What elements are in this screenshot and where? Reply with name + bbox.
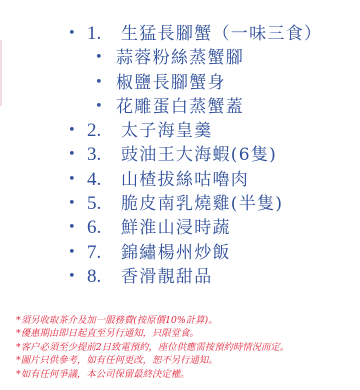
menu-item-6: • 6. 鮮淮山浸時蔬: [0, 216, 360, 240]
menu-item-number: 1.: [87, 22, 101, 46]
bullet-icon: •: [68, 143, 76, 167]
menu-item-number: 6.: [87, 216, 101, 240]
menu-item-8: • 8. 香滑靚甜品: [0, 265, 360, 289]
menu-sub-item-1: • 蒜蓉粉絲蒸蟹腳: [0, 46, 360, 70]
menu-item-number: 4.: [87, 168, 101, 192]
bullet-icon: •: [95, 46, 103, 70]
menu-item-2: • 2. 太子海皇羹: [0, 119, 360, 143]
menu-item-7: • 7. 錦繡楊州炒飯: [0, 241, 360, 265]
menu-item-number: 5.: [87, 192, 101, 216]
menu-sub-item-name: 椒鹽長腳蟹身: [116, 71, 226, 95]
menu-item-name: 太子海皇羹: [121, 119, 213, 143]
note-image-reference: *圖片只供參考，如有任何更改，恕不另行通知。: [16, 354, 289, 367]
menu-item-name: 脆皮南乳燒雞(半隻): [121, 192, 283, 216]
bullet-icon: •: [68, 22, 76, 46]
menu-sub-item-name: 花雕蛋白蒸蟹蓋: [116, 95, 244, 119]
note-reservation: *客户必須至少提前2日致電預約，座位供應需按預約時情況而定。: [16, 341, 289, 354]
menu-item-4: • 4. 山楂拔絲咕嚕肉: [0, 168, 360, 192]
menu-item-number: 7.: [87, 241, 101, 265]
menu-sub-item-3: • 花雕蛋白蒸蟹蓋: [0, 95, 360, 119]
bullet-icon: •: [68, 119, 76, 143]
menu-item-name: 錦繡楊州炒飯: [121, 241, 231, 265]
note-service-charge: *須另收取茶介及加一服務費(按原價10%計算)。: [16, 314, 289, 327]
menu-item-name: 豉油王大海蝦(6隻): [121, 143, 277, 167]
menu-item-number: 8.: [87, 265, 101, 289]
terms-notes: *須另收取茶介及加一服務費(按原價10%計算)。 *優惠期由即日起直至另行通知，…: [16, 314, 289, 381]
menu-item-name: 鮮淮山浸時蔬: [121, 216, 231, 240]
menu-item-1: • 1. 生猛長腳蟹（一味三食）: [0, 22, 360, 46]
bullet-icon: •: [95, 95, 103, 119]
bullet-icon: •: [68, 192, 76, 216]
note-dispute: *如有任何爭議，本公司保留最終決定權。: [16, 368, 289, 381]
menu-item-name: 香滑靚甜品: [121, 265, 213, 289]
note-offer-period: *優惠期由即日起直至另行通知，只限堂食。: [16, 327, 289, 340]
menu-sub-item-2: • 椒鹽長腳蟹身: [0, 71, 360, 95]
bullet-icon: •: [68, 241, 76, 265]
bullet-icon: •: [68, 265, 76, 289]
menu-item-3: • 3. 豉油王大海蝦(6隻): [0, 143, 360, 167]
menu-sub-item-name: 蒜蓉粉絲蒸蟹腳: [116, 46, 244, 70]
menu-item-number: 2.: [87, 119, 101, 143]
bullet-icon: •: [68, 168, 76, 192]
set-menu-list: • 1. 生猛長腳蟹（一味三食） • 蒜蓉粉絲蒸蟹腳 • 椒鹽長腳蟹身 • 花雕…: [0, 22, 360, 289]
menu-item-5: • 5. 脆皮南乳燒雞(半隻): [0, 192, 360, 216]
menu-item-name: 生猛長腳蟹（一味三食）: [121, 22, 322, 46]
menu-item-number: 3.: [87, 143, 101, 167]
menu-item-name: 山楂拔絲咕嚕肉: [121, 168, 249, 192]
bullet-icon: •: [95, 71, 103, 95]
bullet-icon: •: [68, 216, 76, 240]
